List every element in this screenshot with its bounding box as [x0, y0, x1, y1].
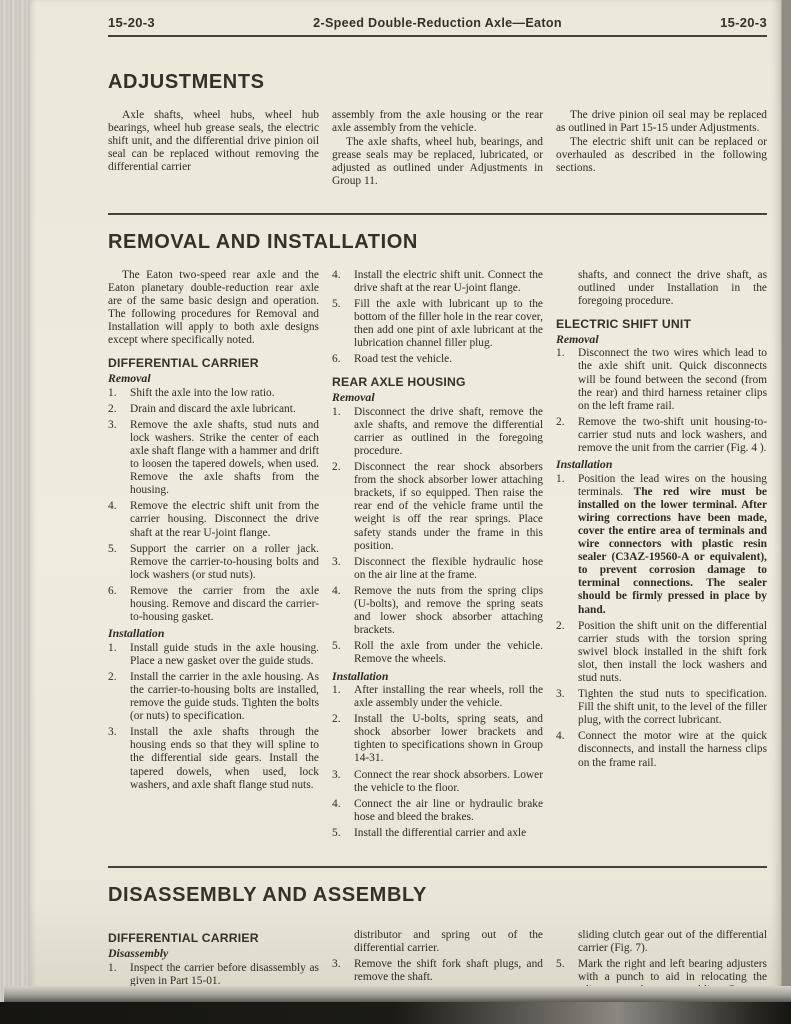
- procedure-heading: Removal: [556, 333, 767, 347]
- text-column: The Eaton two-speed rear axle and the Ea…: [108, 269, 319, 843]
- list-item-number: 4.: [332, 585, 354, 637]
- list-item-text: Install the carrier in the axle housing.…: [130, 671, 319, 723]
- scanned-manual-scene: 15-20-3 2-Speed Double-Reduction Axle—Ea…: [0, 0, 791, 1024]
- list-item-text: After installing the rear wheels, roll t…: [354, 684, 543, 710]
- list-item-number: 4.: [332, 269, 354, 295]
- list-item-text: Connect the motor wire at the quick disc…: [578, 730, 767, 769]
- subsection-heading: DIFFERENTIAL CARRIER: [108, 931, 319, 945]
- manual-page: 15-20-3 2-Speed Double-Reduction Axle—Ea…: [30, 0, 782, 1002]
- list-item-number: 1.: [332, 406, 354, 458]
- list-item-continuation: distributor and spring out of the differ…: [354, 929, 543, 955]
- section-columns: Axle shafts, wheel hubs, wheel hub beari…: [108, 109, 767, 190]
- list-item-number: 1.: [108, 962, 130, 988]
- section-heading: ADJUSTMENTS: [108, 71, 767, 94]
- running-title: 2-Speed Double-Reduction Axle—Eaton: [313, 16, 562, 30]
- list-item: 2.Position the shift unit on the differe…: [556, 620, 767, 685]
- list-item: 1.Install guide studs in the axle housin…: [108, 642, 319, 668]
- procedure-heading: Installation: [556, 458, 767, 472]
- list-item-text: Remove the carrier from the axle housing…: [130, 585, 319, 624]
- list-item: 4.Remove the electric shift unit from th…: [108, 500, 319, 539]
- section-columns: The Eaton two-speed rear axle and the Ea…: [108, 269, 767, 843]
- text-column: assembly from the axle housing or the re…: [332, 109, 543, 190]
- list-item-number: 5.: [332, 640, 354, 666]
- procedure-heading: Installation: [332, 670, 543, 684]
- list-item-number: 1.: [556, 473, 578, 617]
- list-item: 2.Drain and discard the axle lubricant.: [108, 403, 319, 416]
- list-item: 5.Support the carrier on a roller jack. …: [108, 543, 319, 582]
- list-item-text: Remove the shift fork shaft plugs, and r…: [354, 958, 543, 984]
- list-item-text: Inspect the carrier before disassembly a…: [130, 962, 319, 988]
- bold-text-run: The red wire must be installed on the lo…: [578, 486, 767, 616]
- list-item-number: 5.: [332, 298, 354, 350]
- page-number-right: 15-20-3: [720, 15, 767, 30]
- list-item: 4.Remove the nuts from the spring clips …: [332, 585, 543, 637]
- list-item-number: 3.: [556, 688, 578, 727]
- paragraph: Axle shafts, wheel hubs, wheel hub beari…: [108, 109, 319, 174]
- list-item: 2.Remove the two-shift unit housing-to-c…: [556, 416, 767, 455]
- list-item-text: Disconnect the rear shock absorbers from…: [354, 461, 543, 553]
- list-item: 2.Install the carrier in the axle housin…: [108, 671, 319, 723]
- list-item-number: 6.: [332, 353, 354, 366]
- list-item-text: Install the axle shafts through the hous…: [130, 726, 319, 791]
- subsection-heading: ELECTRIC SHIFT UNIT: [556, 317, 767, 331]
- section-heading: DISASSEMBLY AND ASSEMBLY: [108, 884, 767, 907]
- list-item-text: Tighten the stud nuts to specification. …: [578, 688, 767, 727]
- list-item-number: 5.: [332, 827, 354, 840]
- list-item-number: 5.: [108, 543, 130, 582]
- list-item: 1.Disconnect the two wires which lead to…: [556, 347, 767, 412]
- procedure-heading: Installation: [108, 627, 319, 641]
- list-item-text: Shift the axle into the low ratio.: [130, 387, 319, 400]
- list-item-number: 3.: [108, 726, 130, 791]
- list-item-text: Roll the axle from under the vehicle. Re…: [354, 640, 543, 666]
- list-item: 1.Disconnect the drive shaft, remove the…: [332, 406, 543, 458]
- list-item-text: Remove the electric shift unit from the …: [130, 500, 319, 539]
- list-item-number: 2.: [108, 403, 130, 416]
- list-item: 2.Install the U-bolts, spring seats, and…: [332, 713, 543, 765]
- list-item-text: Road test the vehicle.: [354, 353, 543, 366]
- book-binding-edge: [0, 0, 32, 1004]
- paragraph: The drive pinion oil seal may be replace…: [556, 109, 767, 135]
- list-item: 6.Road test the vehicle.: [332, 353, 543, 366]
- list-item: 3.Disconnect the flexible hydraulic hose…: [332, 556, 543, 582]
- list-item-text: Install the differential carrier and axl…: [354, 827, 543, 840]
- paragraph: The electric shift unit can be replaced …: [556, 136, 767, 175]
- list-item-number: 4.: [556, 730, 578, 769]
- list-item-text: Install the electric shift unit. Connect…: [354, 269, 543, 295]
- section-heading: REMOVAL AND INSTALLATION: [108, 231, 767, 254]
- text-column: The drive pinion oil seal may be replace…: [556, 109, 767, 190]
- list-item: 4.Connect the air line or hydraulic brak…: [332, 798, 543, 824]
- list-item: 5.Roll the axle from under the vehicle. …: [332, 640, 543, 666]
- list-item-text: Disconnect the flexible hydraulic hose o…: [354, 556, 543, 582]
- paragraph: The Eaton two-speed rear axle and the Ea…: [108, 269, 319, 348]
- text-column: shafts, and connect the drive shaft, as …: [556, 269, 767, 843]
- list-item: 1.Position the lead wires on the housing…: [556, 473, 767, 617]
- list-item-text: Remove the axle shafts, stud nuts and lo…: [130, 419, 319, 498]
- list-item-continuation: shafts, and connect the drive shaft, as …: [578, 269, 767, 308]
- list-item-text: Support the carrier on a roller jack. Re…: [130, 543, 319, 582]
- list-item-number: 2.: [332, 713, 354, 765]
- list-item-number: 4.: [108, 500, 130, 539]
- list-item: 1.After installing the rear wheels, roll…: [332, 684, 543, 710]
- page-header: 15-20-3 2-Speed Double-Reduction Axle—Ea…: [108, 0, 767, 30]
- list-item-number: 2.: [556, 620, 578, 685]
- procedure-heading: Disassembly: [108, 947, 319, 961]
- list-item-text: Disconnect the two wires which lead to t…: [578, 347, 767, 412]
- list-item: 1.Inspect the carrier before disassembly…: [108, 962, 319, 988]
- list-item-number: 2.: [108, 671, 130, 723]
- list-item-text: Drain and discard the axle lubricant.: [130, 403, 319, 416]
- list-item-number: 3.: [332, 769, 354, 795]
- list-item: 5.Fill the axle with lubricant up to the…: [332, 298, 543, 350]
- list-item: 2.Disconnect the rear shock absorbers fr…: [332, 461, 543, 553]
- list-item-text: Fill the axle with lubricant up to the b…: [354, 298, 543, 350]
- list-item-number: 1.: [108, 387, 130, 400]
- page-number-left: 15-20-3: [108, 15, 155, 30]
- list-item: 3.Install the axle shafts through the ho…: [108, 726, 319, 791]
- list-item: 4.Install the electric shift unit. Conne…: [332, 269, 543, 295]
- section-divider-rule: [108, 866, 767, 868]
- list-item-text: Disconnect the drive shaft, remove the a…: [354, 406, 543, 458]
- section-divider-rule: [108, 213, 767, 215]
- text-column: 4.Install the electric shift unit. Conne…: [332, 269, 543, 843]
- list-item: 3.Tighten the stud nuts to specification…: [556, 688, 767, 727]
- page-body: ADJUSTMENTSAxle shafts, wheel hubs, whee…: [108, 71, 767, 1020]
- list-item-number: 3.: [332, 556, 354, 582]
- header-rule: [108, 35, 767, 37]
- list-item: 3.Connect the rear shock absorbers. Lowe…: [332, 769, 543, 795]
- list-item: 6.Remove the carrier from the axle housi…: [108, 585, 319, 624]
- list-item-text: Position the lead wires on the housing t…: [578, 473, 767, 617]
- list-item-continuation: sliding clutch gear out of the different…: [578, 929, 767, 955]
- list-item: 3.Remove the shift fork shaft plugs, and…: [332, 958, 543, 984]
- list-item-number: 1.: [108, 642, 130, 668]
- list-item-number: 1.: [332, 684, 354, 710]
- list-item-number: 2.: [556, 416, 578, 455]
- paragraph-continuation: assembly from the axle housing or the re…: [332, 109, 543, 135]
- list-item: 3.Remove the axle shafts, stud nuts and …: [108, 419, 319, 498]
- list-item-number: 1.: [556, 347, 578, 412]
- list-item-number: 6.: [108, 585, 130, 624]
- list-item-number: 3.: [332, 958, 354, 984]
- list-item-text: Remove the nuts from the spring clips (U…: [354, 585, 543, 637]
- subsection-heading: DIFFERENTIAL CARRIER: [108, 356, 319, 370]
- text-column: Axle shafts, wheel hubs, wheel hub beari…: [108, 109, 319, 190]
- list-item-text: Connect the air line or hydraulic brake …: [354, 798, 543, 824]
- list-item: 1.Shift the axle into the low ratio.: [108, 387, 319, 400]
- list-item-text: Install guide studs in the axle housing.…: [130, 642, 319, 668]
- list-item-text: Position the shift unit on the different…: [578, 620, 767, 685]
- procedure-heading: Removal: [108, 372, 319, 386]
- procedure-heading: Removal: [332, 391, 543, 405]
- list-item: 5.Install the differential carrier and a…: [332, 827, 543, 840]
- list-item-number: 4.: [332, 798, 354, 824]
- subsection-heading: REAR AXLE HOUSING: [332, 375, 543, 389]
- list-item-text: Install the U-bolts, spring seats, and s…: [354, 713, 543, 765]
- list-item-number: 3.: [108, 419, 130, 498]
- desk-shadow: [0, 1002, 791, 1024]
- list-item-number: 2.: [332, 461, 354, 553]
- list-item: 4.Connect the motor wire at the quick di…: [556, 730, 767, 769]
- list-item-text: Connect the rear shock absorbers. Lower …: [354, 769, 543, 795]
- paragraph: The axle shafts, wheel hub, bearings, an…: [332, 136, 543, 188]
- list-item-text: Remove the two-shift unit housing-to-car…: [578, 416, 767, 455]
